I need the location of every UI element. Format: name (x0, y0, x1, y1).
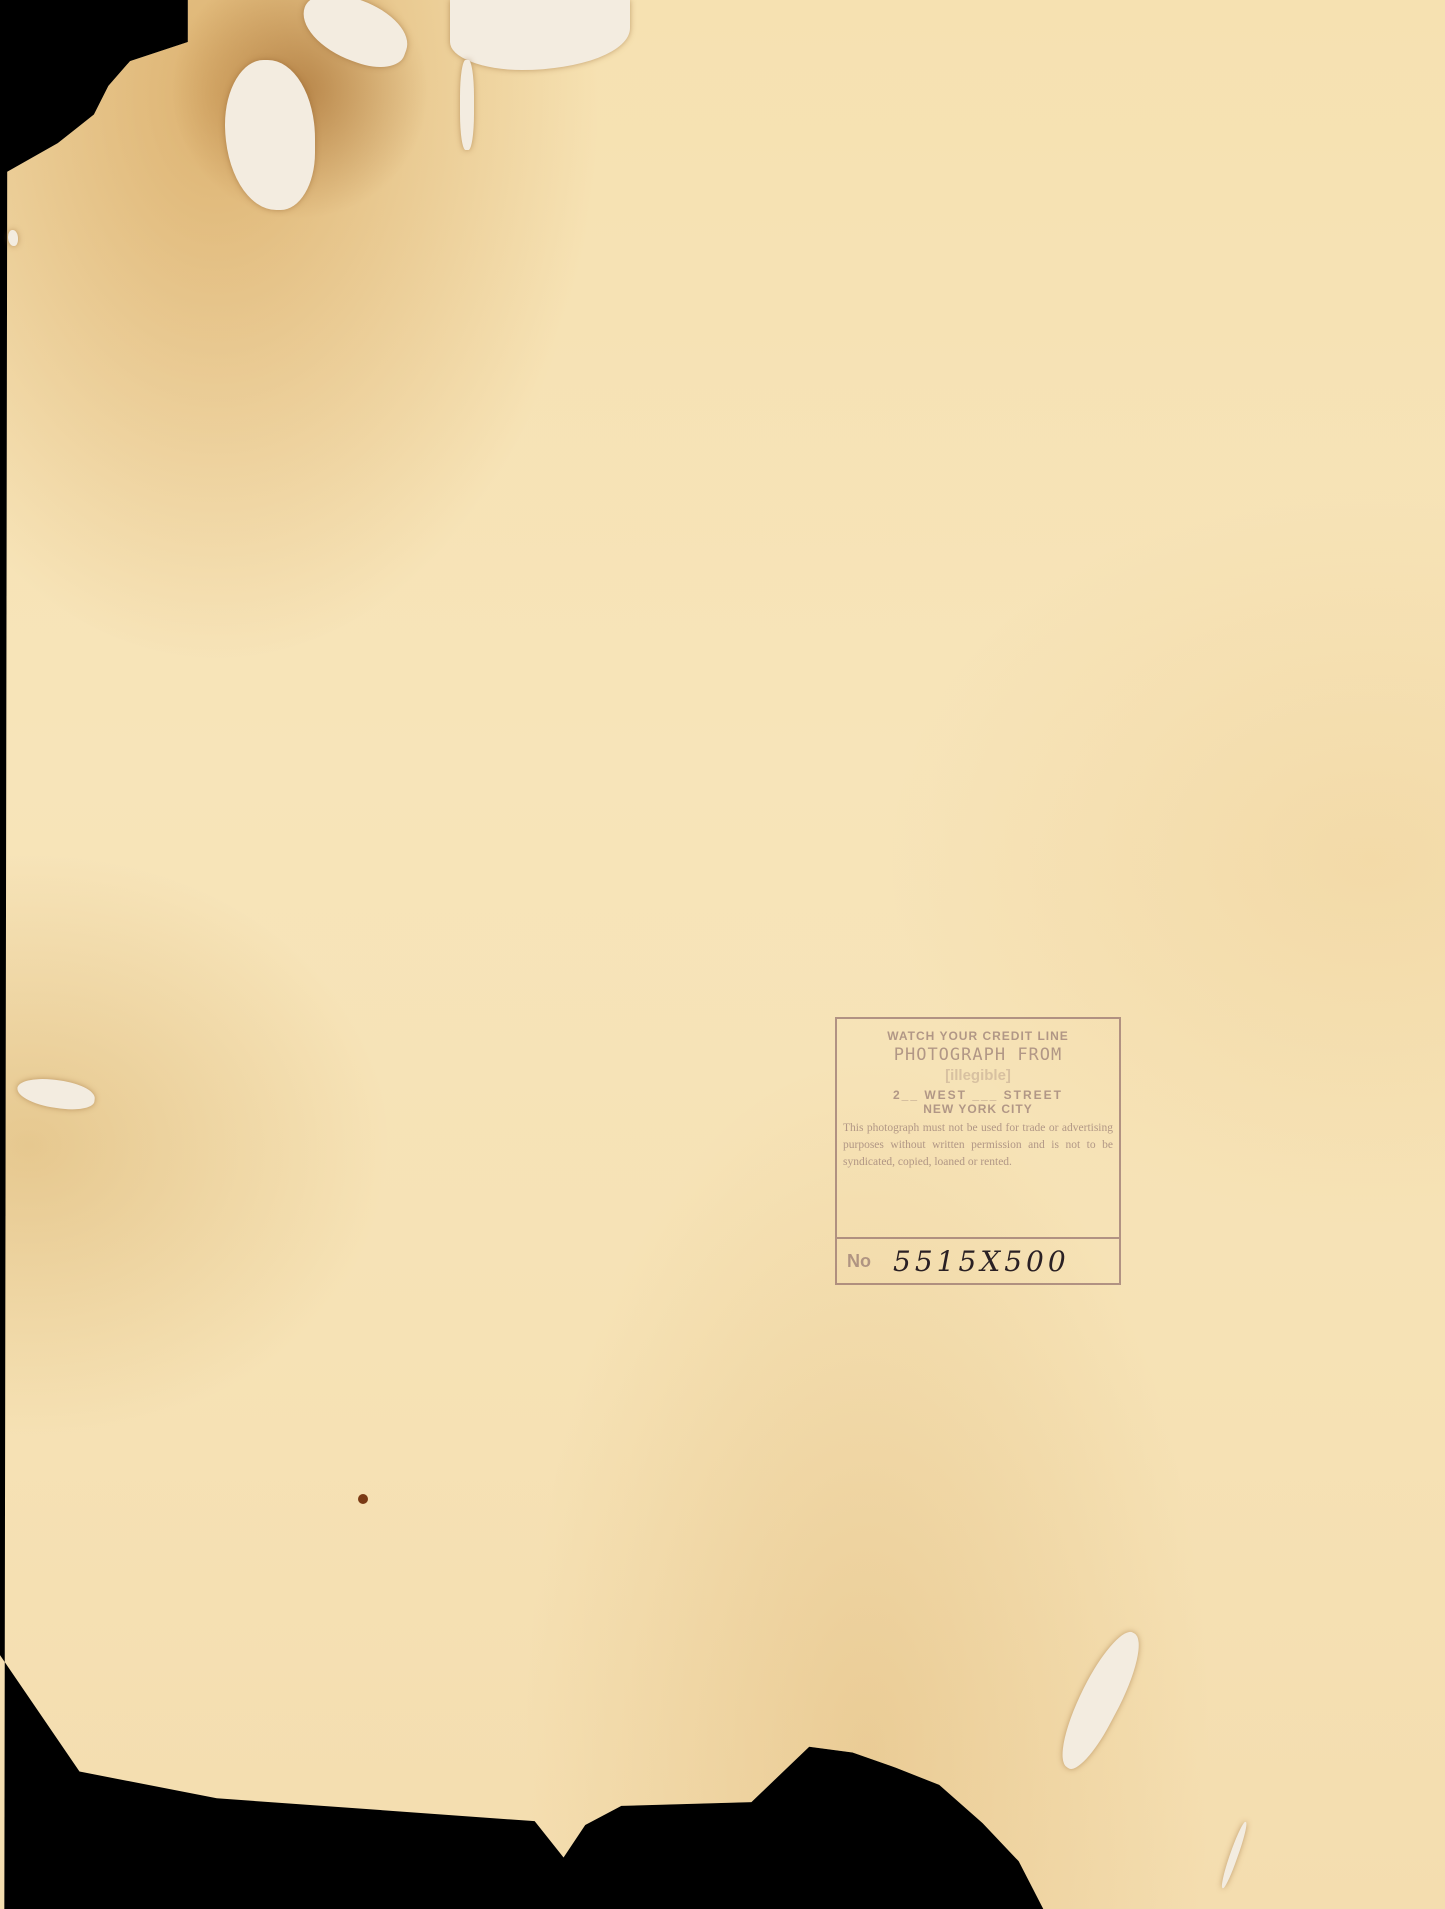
stamp-notice: This photograph must not be used for tra… (837, 1120, 1119, 1171)
stamp-number-row: No 5515X500 (837, 1237, 1119, 1283)
stamp-address: 2__ WEST ___ STREET (837, 1088, 1119, 1102)
stamp-number-value: 5515X500 (893, 1245, 1070, 1278)
stamp-city: NEW YORK CITY (837, 1102, 1119, 1116)
peeled-drip (460, 60, 474, 150)
photo-back-paper (0, 0, 1445, 1909)
stamp-number-label: No (847, 1251, 871, 1272)
dark-spot (358, 1494, 368, 1504)
peeled-spot-left-edge (8, 230, 18, 246)
stamp-line-2: PHOTOGRAPH FROM (837, 1045, 1119, 1065)
stamp-line-1: WATCH YOUR CREDIT LINE (837, 1029, 1119, 1043)
credit-stamp: WATCH YOUR CREDIT LINE PHOTOGRAPH FROM [… (835, 1017, 1121, 1285)
stamp-line-3: [illegible] (837, 1067, 1119, 1084)
